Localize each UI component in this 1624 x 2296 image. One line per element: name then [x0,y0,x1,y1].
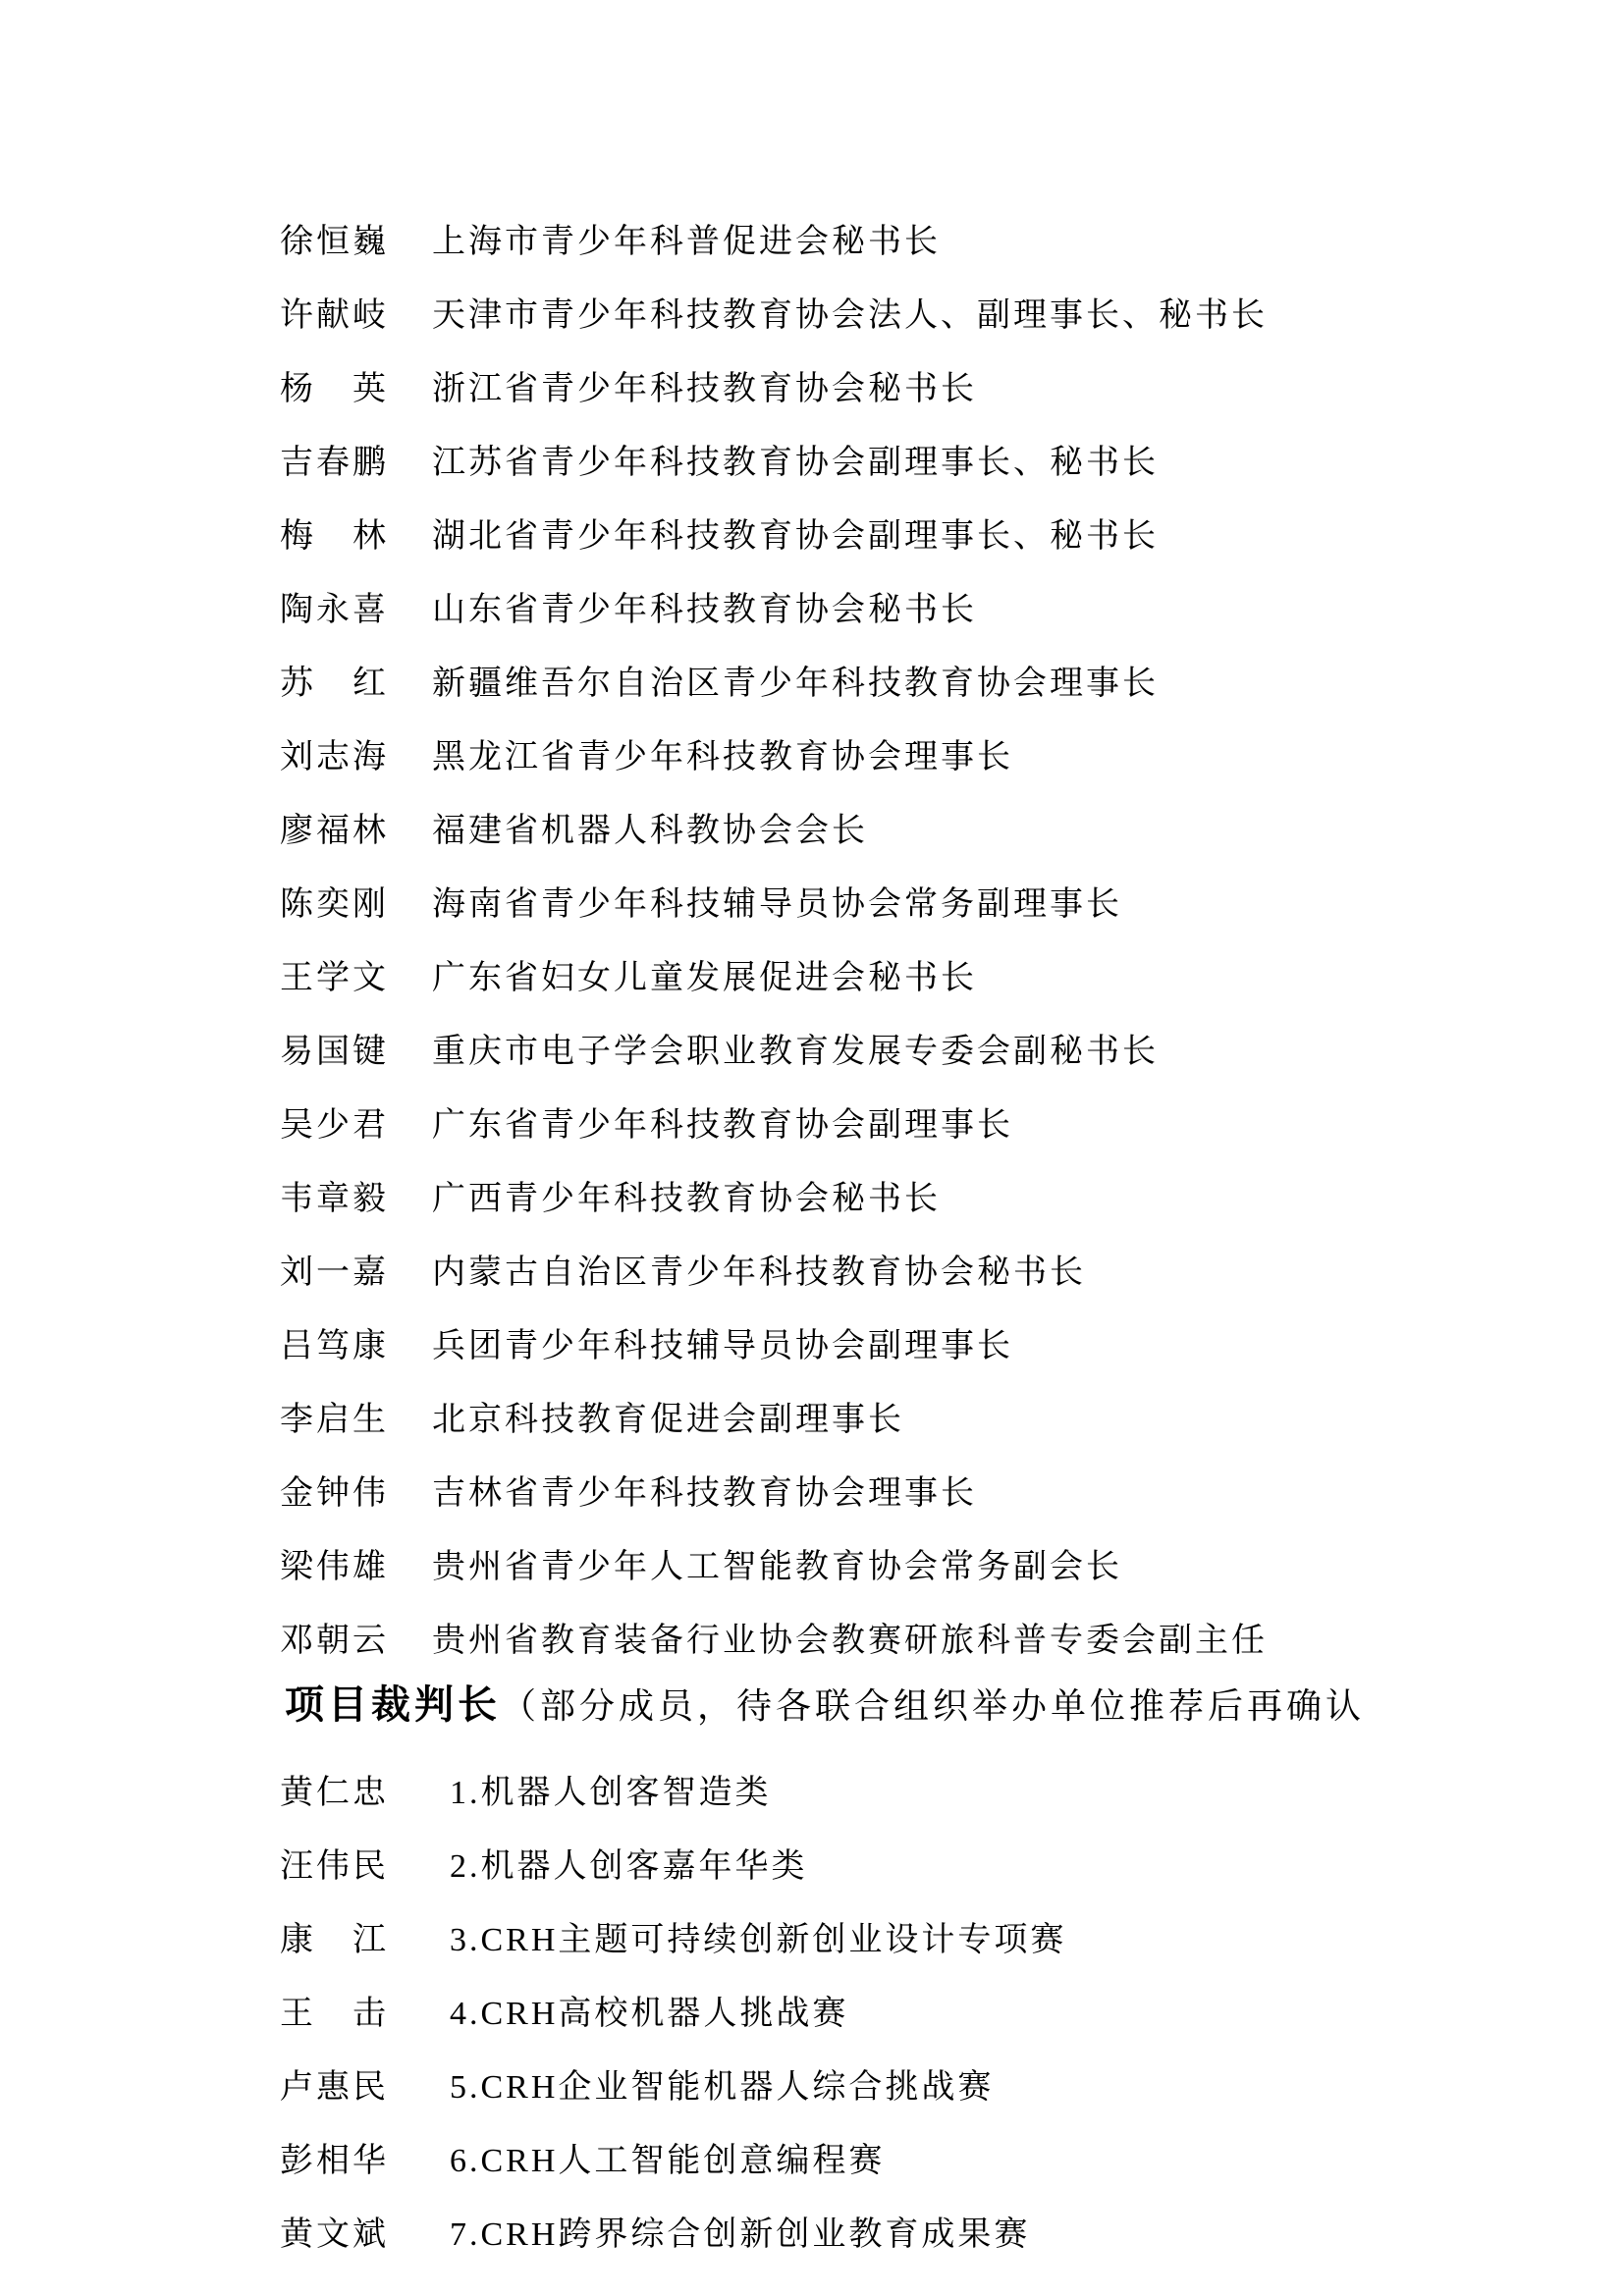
member-row: 徐恒巍上海市青少年科普促进会秘书长 [280,201,1565,275]
member-title: 广西青少年科技教育协会秘书长 [432,1171,941,1219]
member-title: 上海市青少年科普促进会秘书长 [432,214,941,262]
referee-name: 王 击 [280,1986,393,2034]
referee-event: 7.CRH跨界综合创新创业教育成果赛 [450,2207,1030,2255]
member-title: 山东省青少年科技教育协会秘书长 [432,582,977,630]
member-row: 苏 红新疆维吾尔自治区青少年科技教育协会理事长 [280,643,1565,717]
member-name: 吕笃康 [280,1318,393,1366]
member-row: 陶永喜山东省青少年科技教育协会秘书长 [280,569,1565,643]
member-name: 易国键 [280,1024,393,1072]
section-header-title: 项目裁判长 [285,1674,501,1730]
member-row: 李启生北京科技教育促进会副理事长 [280,1379,1565,1453]
member-name: 王学文 [280,950,393,998]
member-title: 广东省青少年科技教育协会副理事长 [432,1097,1013,1146]
referee-row: 彭相华6.CRH人工智能创意编程赛 [280,2120,1565,2194]
referee-name: 汪伟民 [280,1839,393,1887]
member-name: 李启生 [280,1392,393,1440]
member-name: 吴少君 [280,1097,393,1146]
referee-event: 1.机器人创客智造类 [450,1765,772,1813]
section-header-note: （部分成员，待各联合组织举办单位推荐后再确认 [501,1679,1365,1729]
referee-row: 黄文斌7.CRH跨界综合创新创业教育成果赛 [280,2194,1565,2268]
member-row: 梅 林湖北省青少年科技教育协会副理事长、秘书长 [280,496,1565,569]
member-title: 浙江省青少年科技教育协会秘书长 [432,361,977,409]
member-title: 湖北省青少年科技教育协会副理事长、秘书长 [432,508,1159,557]
document-page: 徐恒巍上海市青少年科普促进会秘书长许献岐天津市青少年科技教育协会法人、副理事长、… [0,0,1624,2296]
member-title: 兵团青少年科技辅导员协会副理事长 [432,1318,1013,1366]
member-title: 黑龙江省青少年科技教育协会理事长 [432,729,1013,777]
referee-name: 卢惠民 [280,2059,393,2108]
member-list: 徐恒巍上海市青少年科普促进会秘书长许献岐天津市青少年科技教育协会法人、副理事长、… [280,201,1565,1674]
member-row: 金钟伟吉林省青少年科技教育协会理事长 [280,1453,1565,1526]
member-name: 苏 红 [280,656,393,704]
member-name: 吉春鹏 [280,435,393,483]
referee-name: 黄仁忠 [280,1765,393,1813]
referee-row: 汪伟民2.机器人创客嘉年华类 [280,1826,1565,1899]
member-title: 福建省机器人科教协会会长 [432,803,868,851]
member-row: 韦章毅广西青少年科技教育协会秘书长 [280,1158,1565,1232]
member-row: 许献岐天津市青少年科技教育协会法人、副理事长、秘书长 [280,275,1565,348]
member-title: 内蒙古自治区青少年科技教育协会秘书长 [432,1245,1086,1293]
member-name: 梅 林 [280,508,393,557]
member-row: 易国键重庆市电子学会职业教育发展专委会副秘书长 [280,1011,1565,1085]
member-row: 廖福林福建省机器人科教协会会长 [280,790,1565,864]
member-title: 北京科技教育促进会副理事长 [432,1392,904,1440]
member-title: 新疆维吾尔自治区青少年科技教育协会理事长 [432,656,1159,704]
member-name: 梁伟雄 [280,1539,393,1587]
referee-row: 卢惠民5.CRH企业智能机器人综合挑战赛 [280,2047,1565,2120]
member-name: 徐恒巍 [280,214,393,262]
member-title: 海南省青少年科技辅导员协会常务副理事长 [432,877,1122,925]
member-row: 刘志海黑龙江省青少年科技教育协会理事长 [280,717,1565,790]
referee-name: 黄文斌 [280,2207,393,2255]
member-title: 重庆市电子学会职业教育发展专委会副秘书长 [432,1024,1159,1072]
member-title: 吉林省青少年科技教育协会理事长 [432,1466,977,1514]
member-name: 刘一嘉 [280,1245,393,1293]
referee-name: 康 江 [280,1912,393,1960]
member-title: 江苏省青少年科技教育协会副理事长、秘书长 [432,435,1159,483]
referee-event: 6.CRH人工智能创意编程赛 [450,2133,885,2181]
member-row: 刘一嘉内蒙古自治区青少年科技教育协会秘书长 [280,1232,1565,1306]
member-row: 吉春鹏江苏省青少年科技教育协会副理事长、秘书长 [280,422,1565,496]
member-name: 廖福林 [280,803,393,851]
referee-row: 康 江3.CRH主题可持续创新创业设计专项赛 [280,1899,1565,1973]
referee-name: 彭相华 [280,2133,393,2181]
referee-row: 王 击4.CRH高校机器人挑战赛 [280,1973,1565,2047]
member-title: 贵州省青少年人工智能教育协会常务副会长 [432,1539,1122,1587]
member-row: 陈奕刚海南省青少年科技辅导员协会常务副理事长 [280,864,1565,937]
referee-event: 4.CRH高校机器人挑战赛 [450,1986,848,2034]
referee-event: 2.机器人创客嘉年华类 [450,1839,808,1887]
member-name: 杨 英 [280,361,393,409]
member-name: 陈奕刚 [280,877,393,925]
member-row: 吴少君广东省青少年科技教育协会副理事长 [280,1085,1565,1158]
member-row: 邓朝云贵州省教育装备行业协会教赛研旅科普专委会副主任 [280,1600,1565,1674]
member-name: 金钟伟 [280,1466,393,1514]
member-row: 王学文广东省妇女儿童发展促进会秘书长 [280,937,1565,1011]
member-row: 梁伟雄贵州省青少年人工智能教育协会常务副会长 [280,1526,1565,1600]
referee-event: 5.CRH企业智能机器人综合挑战赛 [450,2059,994,2108]
referee-event: 3.CRH主题可持续创新创业设计专项赛 [450,1912,1066,1960]
section-header: 项目裁判长（部分成员，待各联合组织举办单位推荐后再确认 [285,1674,1565,1752]
referee-row: 黄仁忠1.机器人创客智造类 [280,1752,1565,1826]
member-name: 刘志海 [280,729,393,777]
member-title: 贵州省教育装备行业协会教赛研旅科普专委会副主任 [432,1613,1268,1661]
member-title: 天津市青少年科技教育协会法人、副理事长、秘书长 [432,288,1268,336]
referee-list: 黄仁忠1.机器人创客智造类汪伟民2.机器人创客嘉年华类康 江3.CRH主题可持续… [280,1752,1565,2268]
member-name: 邓朝云 [280,1613,393,1661]
member-name: 许献岐 [280,288,393,336]
member-name: 陶永喜 [280,582,393,630]
member-row: 吕笃康兵团青少年科技辅导员协会副理事长 [280,1306,1565,1379]
member-row: 杨 英浙江省青少年科技教育协会秘书长 [280,348,1565,422]
member-title: 广东省妇女儿童发展促进会秘书长 [432,950,977,998]
member-name: 韦章毅 [280,1171,393,1219]
